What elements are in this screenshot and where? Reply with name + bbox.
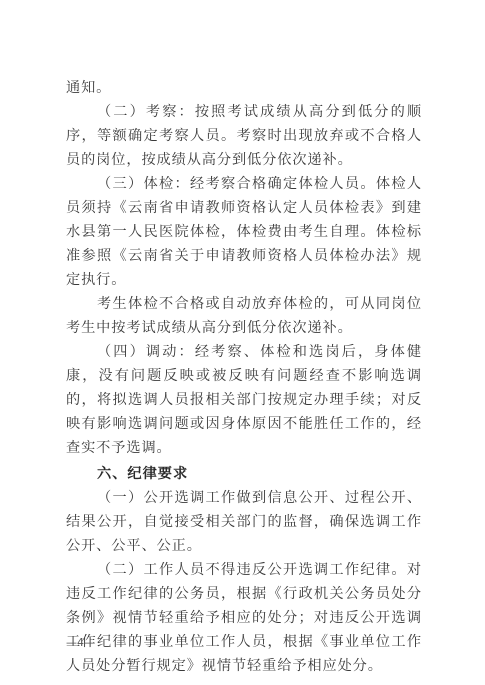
page-number: —4— [66, 636, 95, 649]
paragraph-discipline-openness: （一）公开选调工作做到信息公开、过程公开、结果公开，自觉接受相关部门的监督，确保… [66, 486, 422, 558]
section-heading-discipline: 六、纪律要求 [66, 462, 422, 486]
paragraph-physical-exam: （三）体检：经考察合格确定体检人员。体检人员须持《云南省申请教师资格认定人员体检… [66, 172, 422, 292]
paragraph-notice-end: 通知。 [66, 76, 422, 100]
paragraph-exam-replacement: 考生体检不合格或自动放弃体检的，可从同岗位考生中按考试成绩从高分到低分依次递补。 [66, 292, 422, 340]
document-page: 通知。 （二）考察：按照考试成绩从高分到低分的顺序，等额确定考察人员。考察时出现… [66, 74, 422, 678]
paragraph-discipline-violations: （二）工作人员不得违反公开选调工作纪律。对违反工作纪律的公务员，根据《行政机关公… [66, 558, 422, 678]
paragraph-transfer: （四）调动：经考察、体检和选岗后，身体健康，没有问题反映或被反映有问题经查不影响… [66, 340, 422, 460]
paragraph-inspection: （二）考察：按照考试成绩从高分到低分的顺序，等额确定考察人员。考察时出现放弃或不… [66, 100, 422, 172]
